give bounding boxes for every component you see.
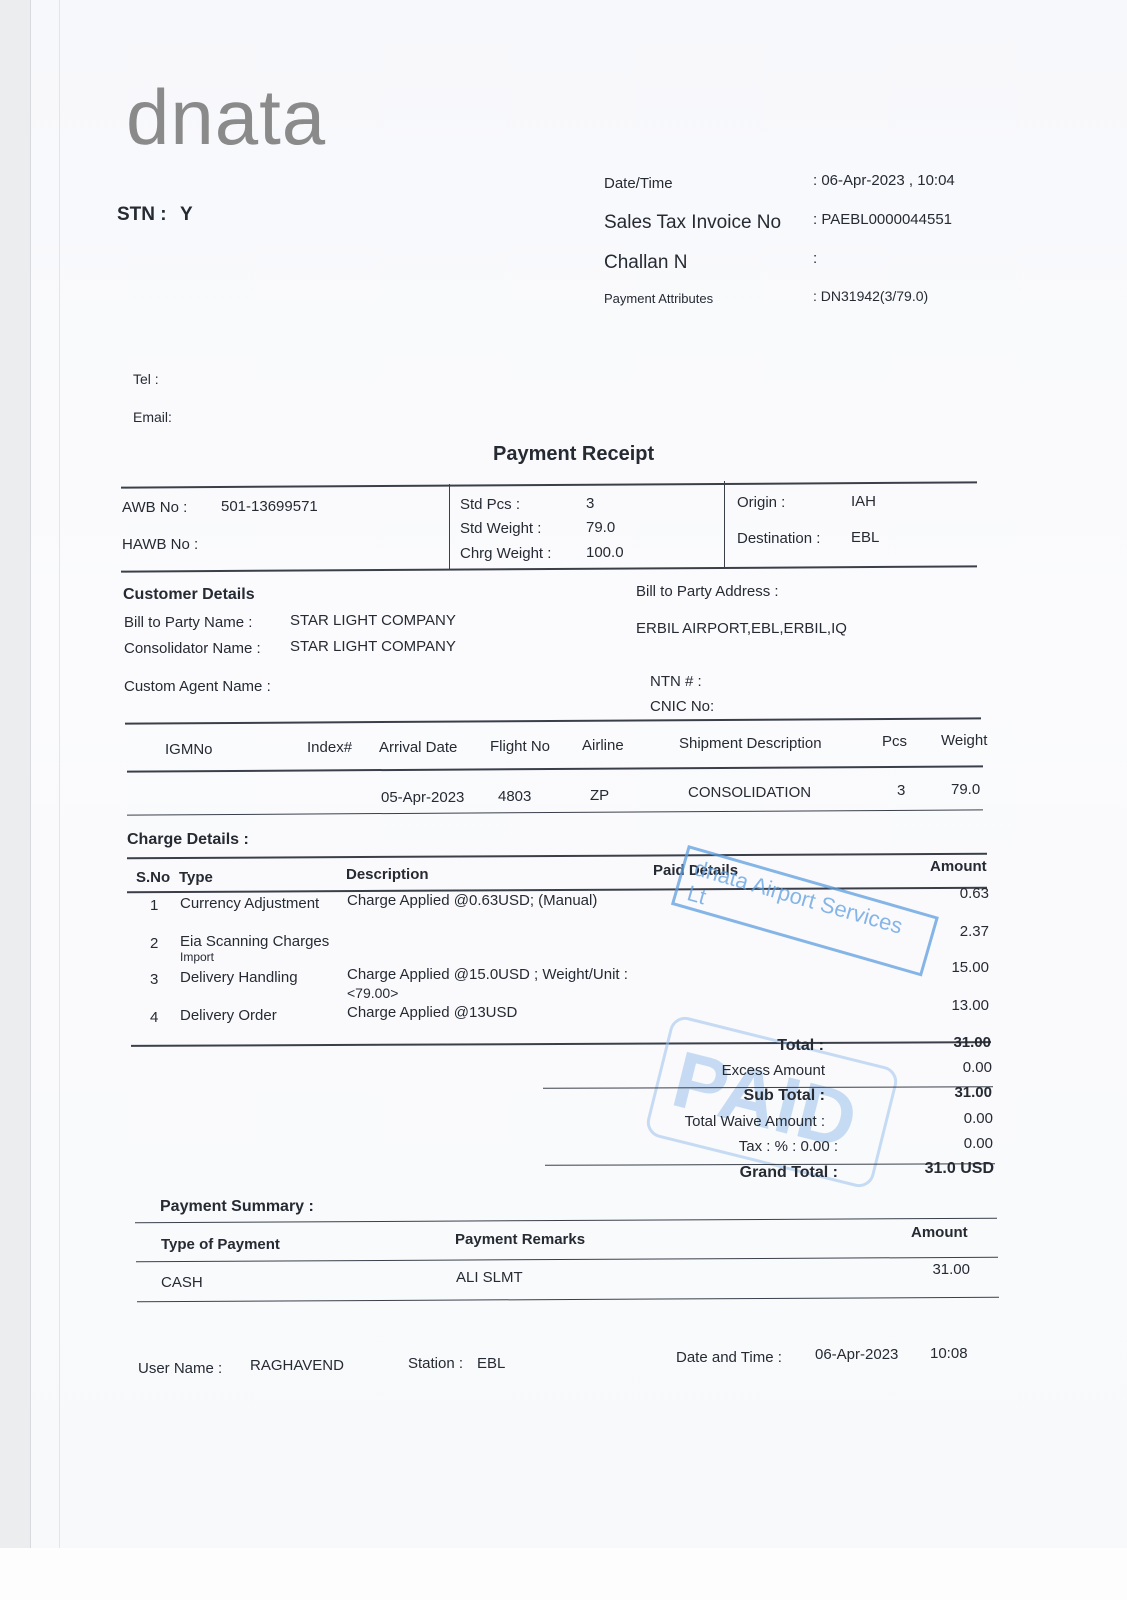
tax-label: Tax : % : 0.00 : [620, 1138, 838, 1155]
charge-description-line2: <79.00> [347, 985, 398, 1001]
charges-header-description: Description [346, 866, 429, 883]
payment-header-amount: Amount [911, 1224, 968, 1241]
std-weight-label: Std Weight : [460, 520, 541, 537]
charge-description: Charge Applied @15.0USD ; Weight/Unit : [347, 966, 628, 983]
igm-header-cell: Airline [582, 737, 624, 754]
igm-cell: 4803 [498, 788, 531, 805]
charge-details-heading: Charge Details : [127, 831, 249, 849]
waive-value: 0.00 [890, 1110, 993, 1127]
igm-cell: CONSOLIDATION [688, 784, 811, 801]
charge-sno: 1 [150, 897, 158, 914]
email-label: Email: [133, 409, 172, 425]
page-title: Payment Receipt [493, 443, 654, 466]
igm-header-cell: Weight [941, 732, 987, 749]
charge-sno: 4 [150, 1009, 158, 1026]
payment-header-type: Type of Payment [161, 1236, 280, 1253]
charge-type: Currency Adjustment [180, 895, 319, 912]
igm-cell: 79.0 [951, 781, 980, 798]
excess-value: 0.00 [890, 1059, 992, 1076]
charges-header-amount: Amount [930, 858, 987, 875]
charge-amount: 0.63 [900, 885, 989, 902]
customer-details-heading: Customer Details [123, 586, 255, 604]
footer-date-value: 06-Apr-2023 [815, 1346, 898, 1363]
charges-header-sno: S.No [136, 869, 170, 886]
footer-date-label: Date and Time : [676, 1349, 782, 1366]
grand-total-value: 31.0 USD [880, 1160, 994, 1178]
charge-type: Delivery Handling [180, 969, 298, 986]
cnic-label: CNIC No: [650, 698, 714, 715]
charge-sno: 2 [150, 935, 158, 952]
user-name-value: RAGHAVEND [250, 1357, 344, 1374]
igm-header-cell: Index# [307, 739, 352, 756]
receipt-page [30, 0, 1127, 1548]
chrg-weight-label: Chrg Weight : [460, 545, 551, 562]
std-pcs-value: 3 [586, 495, 594, 512]
tax-value: 0.00 [890, 1135, 993, 1152]
dnata-logo: dnata [126, 72, 326, 163]
igm-cell: 3 [897, 782, 905, 799]
challan-value: : [813, 250, 817, 267]
payment-attributes-value: : DN31942(3/79.0) [813, 288, 928, 304]
payment-summary-heading: Payment Summary : [160, 1198, 314, 1216]
awb-label: AWB No : [122, 499, 187, 516]
destination-label: Destination : [737, 530, 820, 547]
std-weight-value: 79.0 [586, 519, 615, 536]
bill-to-value: STAR LIGHT COMPANY [290, 612, 456, 629]
charges-header-type: Type [179, 869, 213, 886]
total-value: 31.00 [890, 1034, 991, 1051]
payment-type: CASH [161, 1274, 203, 1291]
charge-type: Eia Scanning Charges [180, 933, 329, 950]
charge-subtype: Import [180, 950, 214, 964]
waive-label: Total Waive Amount : [620, 1113, 825, 1130]
hawb-label: HAWB No : [122, 536, 198, 553]
origin-value: IAH [851, 493, 876, 510]
custom-agent-label: Custom Agent Name : [124, 678, 271, 695]
address-label: Bill to Party Address : [636, 583, 779, 600]
origin-label: Origin : [737, 494, 785, 511]
footer-time-value: 10:08 [930, 1345, 968, 1362]
igm-header-cell: Shipment Description [679, 735, 822, 752]
divider [449, 484, 450, 570]
total-label: Total : [620, 1037, 824, 1055]
address-value: ERBIL AIRPORT,EBL,ERBIL,IQ [636, 620, 847, 637]
igm-header-cell: Arrival Date [379, 739, 457, 756]
payment-attributes-label: Payment Attributes [604, 291, 713, 306]
stn-value: Y [180, 204, 193, 226]
challan-label: Challan N [604, 252, 687, 274]
igm-header-cell: Flight No [490, 738, 550, 755]
awb-value: 501-13699571 [221, 498, 318, 515]
std-pcs-label: Std Pcs : [460, 496, 520, 513]
igm-cell: ZP [590, 787, 609, 804]
date-time-label: Date/Time [604, 175, 673, 192]
charge-sno: 3 [150, 971, 158, 988]
payment-remarks: ALI SLMT [456, 1269, 523, 1286]
charge-description: Charge Applied @13USD [347, 1004, 517, 1021]
ntn-label: NTN # : [650, 673, 702, 690]
invoice-value: : PAEBL0000044551 [813, 211, 952, 228]
stn-label: STN : [117, 204, 167, 226]
igm-header-cell: Pcs [882, 733, 907, 750]
tel-label: Tel : [133, 371, 159, 387]
consolidator-value: STAR LIGHT COMPANY [290, 638, 456, 655]
grand-total-label: Grand Total : [620, 1164, 838, 1182]
destination-value: EBL [851, 529, 879, 546]
chrg-weight-value: 100.0 [586, 544, 624, 561]
scan-edge [0, 0, 30, 1548]
divider [724, 481, 725, 567]
subtotal-label: Sub Total : [620, 1087, 825, 1105]
excess-label: Excess Amount [620, 1062, 825, 1079]
station-label: Station : [408, 1355, 463, 1372]
charge-description: Charge Applied @0.63USD; (Manual) [347, 892, 597, 909]
payment-amount: 31.00 [880, 1261, 970, 1278]
date-time-value: : 06-Apr-2023 , 10:04 [813, 172, 955, 189]
user-name-label: User Name : [138, 1360, 222, 1377]
igm-cell: 05-Apr-2023 [381, 789, 464, 806]
subtotal-value: 31.00 [890, 1084, 992, 1101]
bill-to-label: Bill to Party Name : [124, 614, 252, 631]
station-value: EBL [477, 1355, 505, 1372]
payment-header-remarks: Payment Remarks [455, 1231, 585, 1248]
charge-amount: 13.00 [900, 997, 989, 1014]
consolidator-label: Consolidator Name : [124, 640, 261, 657]
igm-header-cell: IGMNo [165, 741, 213, 758]
invoice-label: Sales Tax Invoice No [604, 212, 781, 234]
charge-type: Delivery Order [180, 1007, 277, 1024]
